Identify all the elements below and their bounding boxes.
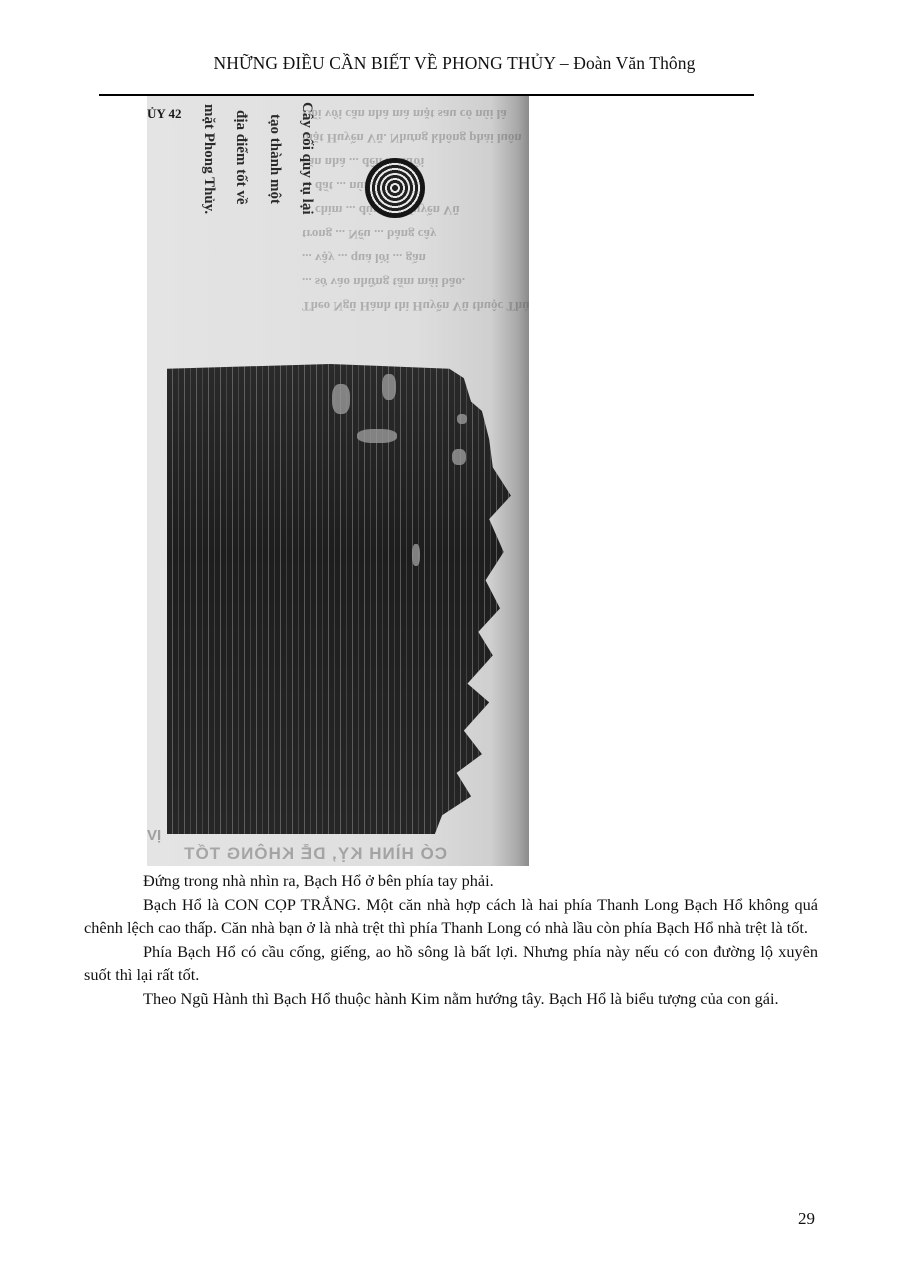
paragraph: Theo Ngũ Hành thì Bạch Hổ thuộc hành Kim… [84, 987, 818, 1011]
figure-side-label: VỊ [147, 827, 161, 844]
bleed-line: Đối với căn nhà mà mặt sau có núi là [302, 102, 529, 126]
page-number: 29 [798, 1209, 815, 1229]
bleed-line: mặt Huyền Vũ. Nhưng không phải luôn [302, 126, 529, 150]
target-concentric-circles-icon [365, 158, 425, 218]
paragraph: Phía Bạch Hổ có cầu cống, giếng, ao hồ s… [84, 940, 818, 987]
figure-caption-line: mặt Phong Thủy. [201, 104, 216, 214]
figure-label: ỦY 42 [147, 106, 182, 122]
figure-caption-line: tạo thành một [267, 114, 282, 204]
bleed-line: ... sở vào những tấm mái bão. [302, 270, 529, 294]
running-header: NHỮNG ĐIỀU CẦN BIẾT VỀ PHONG THỦY – Đoàn… [0, 53, 909, 74]
figure-caption-line: Cây cối quy tụ lại [299, 102, 314, 215]
paragraph: Bạch Hổ là CON CỌP TRẮNG. Một căn nhà hợ… [84, 893, 818, 940]
bleed-through-text: Đối với căn nhà mà mặt sau có núi là mặt… [302, 102, 529, 318]
bleed-line: trong ... Nếu ... bằng cây [302, 222, 529, 246]
forest-silhouette-image [167, 364, 529, 834]
paragraph: Đứng trong nhà nhìn ra, Bạch Hổ ở bên ph… [84, 869, 818, 893]
scanned-figure: Đối với căn nhà mà mặt sau có núi là mặt… [147, 96, 529, 866]
bleed-line: Theo Ngũ Hành thì Huyền Vũ thuộc Thủy [302, 294, 529, 318]
forest-highlight [382, 374, 396, 400]
forest-highlight [357, 429, 397, 443]
bleed-line: ... vậy ... quả lời ... gần [302, 246, 529, 270]
body-text: Đứng trong nhà nhìn ra, Bạch Hổ ở bên ph… [84, 869, 818, 1011]
forest-highlight [332, 384, 350, 414]
forest-highlight [452, 449, 466, 465]
forest-highlight [457, 414, 467, 424]
forest-highlight [412, 544, 420, 566]
figure-bottom-caption: CÓ HÌNH KỴ, DỄ KHÔNG TỐT [157, 844, 447, 864]
figure-caption-line: địa điểm tốt về [233, 110, 248, 205]
